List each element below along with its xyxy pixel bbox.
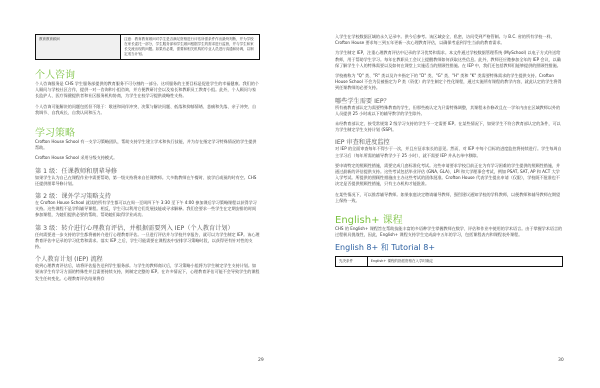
advisor-table-label: 教育教育顾问 [36, 35, 121, 60]
level-3-text: 任何需要进一步支持的学生都将被转介进行心理教育评估。一旦进行评估并与学校共享报告… [35, 232, 260, 251]
heading-english-8-plus: English 8+ 和 Tutorial 8+ [335, 242, 563, 253]
left-page: 教育教育顾问 注意：教育教育顾问对学生是否满足资格进行评估所需条件作出最终判断，… [0, 0, 300, 388]
review-paragraph-1: 对 IEP 的全面审查每年不得少于一次，并且应征求家长的意见。然而，对 IEP … [335, 146, 563, 158]
who-paragraph-1: 所有被教育部认定为需要特殊教育的学生，但那些被认定为只需特殊调整，其课程未作修改… [335, 105, 563, 117]
heading-level-3: 第 3 级：转介进行心理教育评估，并根据需要列入 IEP（个人教育计划） [35, 223, 260, 232]
left-content: 教育教育顾问 注意：教育教育顾问对学生是否满足资格进行评估所需条件作出最终判断，… [35, 34, 260, 286]
designation-paragraph: 学校被称为 "Q" 类、"R" 类以及许多指定下的 "D" 类、"G" 类、"H… [335, 73, 563, 92]
heading-english-plus: English+ 课程 [335, 211, 563, 226]
heading-personal-counseling: 个人咨询 [35, 66, 260, 81]
english-plus-paragraph: CHS 的 English+ 课程旨在帮助技能丰富的多语种学生掌握教师在数学、评… [335, 226, 563, 238]
records-paragraph: 入学生在学校数据区域的永久记录中。供今后参考。该区域安全、私密，访问受到严格管制… [335, 34, 563, 46]
counseling-paragraph-2: 个人咨询可能解决的问题包括但不限于：歌迷和同伴冲突、决策与解决问题、低落和抑郁情… [35, 104, 260, 116]
prerequisite-label: 先决条件 [336, 257, 368, 267]
iep-development-paragraph: 为学生制定 IEP，注重心理教育评估中记录的学习优势和需求。本文件通过学校数据管… [335, 50, 563, 69]
prerequisite-table: 先决条件 English+ 课程的指派资格在入学时确定 [335, 256, 563, 267]
level-2-text: 在 Crofton House School 就读的所有学生都可以在周一至周四下… [35, 200, 260, 219]
page-number-left: 29 [258, 358, 264, 363]
strategies-paragraph-1: Crofton House School 有一支学习策略团队，帮助支持学生建立学… [35, 139, 260, 151]
page-number-right: 30 [558, 358, 564, 363]
advisor-table-text: 注意：教育教育顾问对学生是否满足资格进行评估所需条件作出最终判断，并为学校在家长… [121, 35, 260, 60]
review-paragraph-2: 要申请特定的照顾性措施，需要完成几套标准化考试。这些申请要求学校目前正在为有学习… [335, 163, 563, 188]
heading-level-2: 第 2 级：课外学习策略支持 [35, 191, 260, 200]
counseling-paragraph-1: 个人咨询服务是 CHS 学生服务部提供的教育服务不可分割的一部分。这项服务的主要… [35, 81, 260, 100]
right-content: 入学生在学校数据区域的永久记录中。供今后参考。该区域安全、私密，访问受到严格管制… [335, 34, 563, 267]
heading-iep-process: 个人教育计划 (IEP) 流程 [35, 254, 260, 263]
who-paragraph-2: 未经教育部认定、接受常规第 2 级学习支持的学生不一定需要 IEP。在某些情况下… [335, 121, 563, 133]
heading-learning-strategies: 学习策略 [35, 124, 260, 139]
iep-process-text: 收到心理教育评估后，请将评估报告送到学生服务部。与学生的教师商议后，学习策略小组… [35, 263, 260, 282]
heading-who-needs-iep: 哪些学生需要 IEP？ [335, 96, 563, 105]
advisor-table: 教育教育顾问 注意：教育教育顾问对学生是否满足资格进行评估所需条件作出最终判断，… [35, 34, 260, 60]
strategies-paragraph-2: Crofton House School 采用分级支持模式。 [35, 155, 260, 161]
right-page: 入学生在学校数据区域的永久记录中。供今后参考。该区域安全、私密，访问受到严格管制… [300, 0, 600, 388]
review-paragraph-3: 在某些情况下，可以推荐辅导教师。如果家庭决定聘请辅导教师，强烈建议通知学校的学科… [335, 192, 563, 204]
level-1-text: 如果学生认为自己在课程作业中需要帮助，第一级支持将来自任课教师。大多数教师在午餐… [35, 175, 260, 187]
prerequisite-text: English+ 课程的指派资格在入学时确定 [367, 257, 562, 267]
heading-level-1: 第 1 级：任课教师和朋辈导修 [35, 166, 260, 175]
